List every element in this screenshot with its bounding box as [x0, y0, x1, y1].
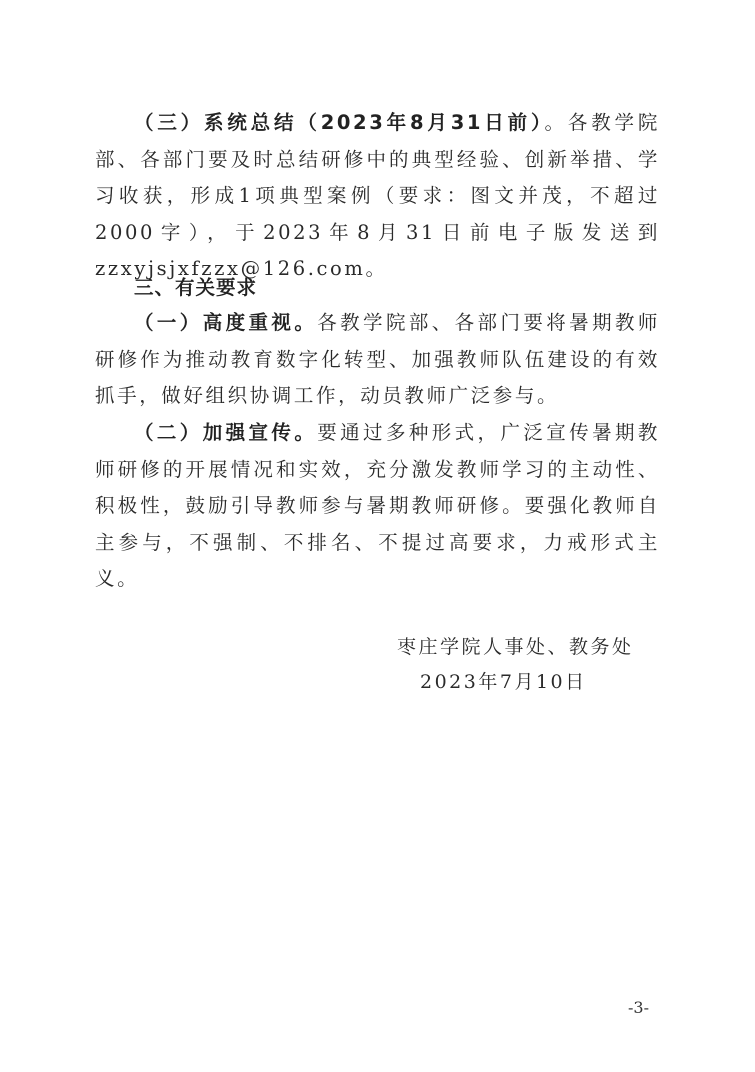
paragraph-text: 。各教学院部、各部门要及时总结研修中的典型经验、创新举措、学习收获，形成1项典型…	[95, 111, 660, 280]
document-page: （三）系统总结（2023年8月31日前）。各教学院部、各部门要及时总结研修中的典…	[0, 0, 755, 1072]
page-number: -3-	[628, 998, 649, 1017]
paragraph-lead: （二）加强宣传。	[134, 421, 317, 444]
paragraph-lead: （一）高度重视。	[134, 311, 317, 334]
paragraph-requirement-2: （二）加强宣传。要通过多种形式，广泛宣传暑期教师研修的开展情况和实效，充分激发教…	[95, 415, 660, 598]
signature-date: 2023年7月10日	[420, 667, 587, 694]
paragraph-lead: （三）系统总结（2023年8月31日前）	[134, 111, 545, 134]
paragraph-text: 要通过多种形式，广泛宣传暑期教师研修的开展情况和实效，充分激发教师学习的主动性、…	[95, 421, 660, 590]
signature-issuer: 枣庄学院人事处、教务处	[397, 632, 634, 659]
paragraph-summary: （三）系统总结（2023年8月31日前）。各教学院部、各部门要及时总结研修中的典…	[95, 105, 660, 288]
paragraph-requirement-1: （一）高度重视。各教学院部、各部门要将暑期教师研修作为推动教育数字化转型、加强教…	[95, 305, 660, 415]
section-heading: 三、有关要求	[134, 272, 257, 300]
